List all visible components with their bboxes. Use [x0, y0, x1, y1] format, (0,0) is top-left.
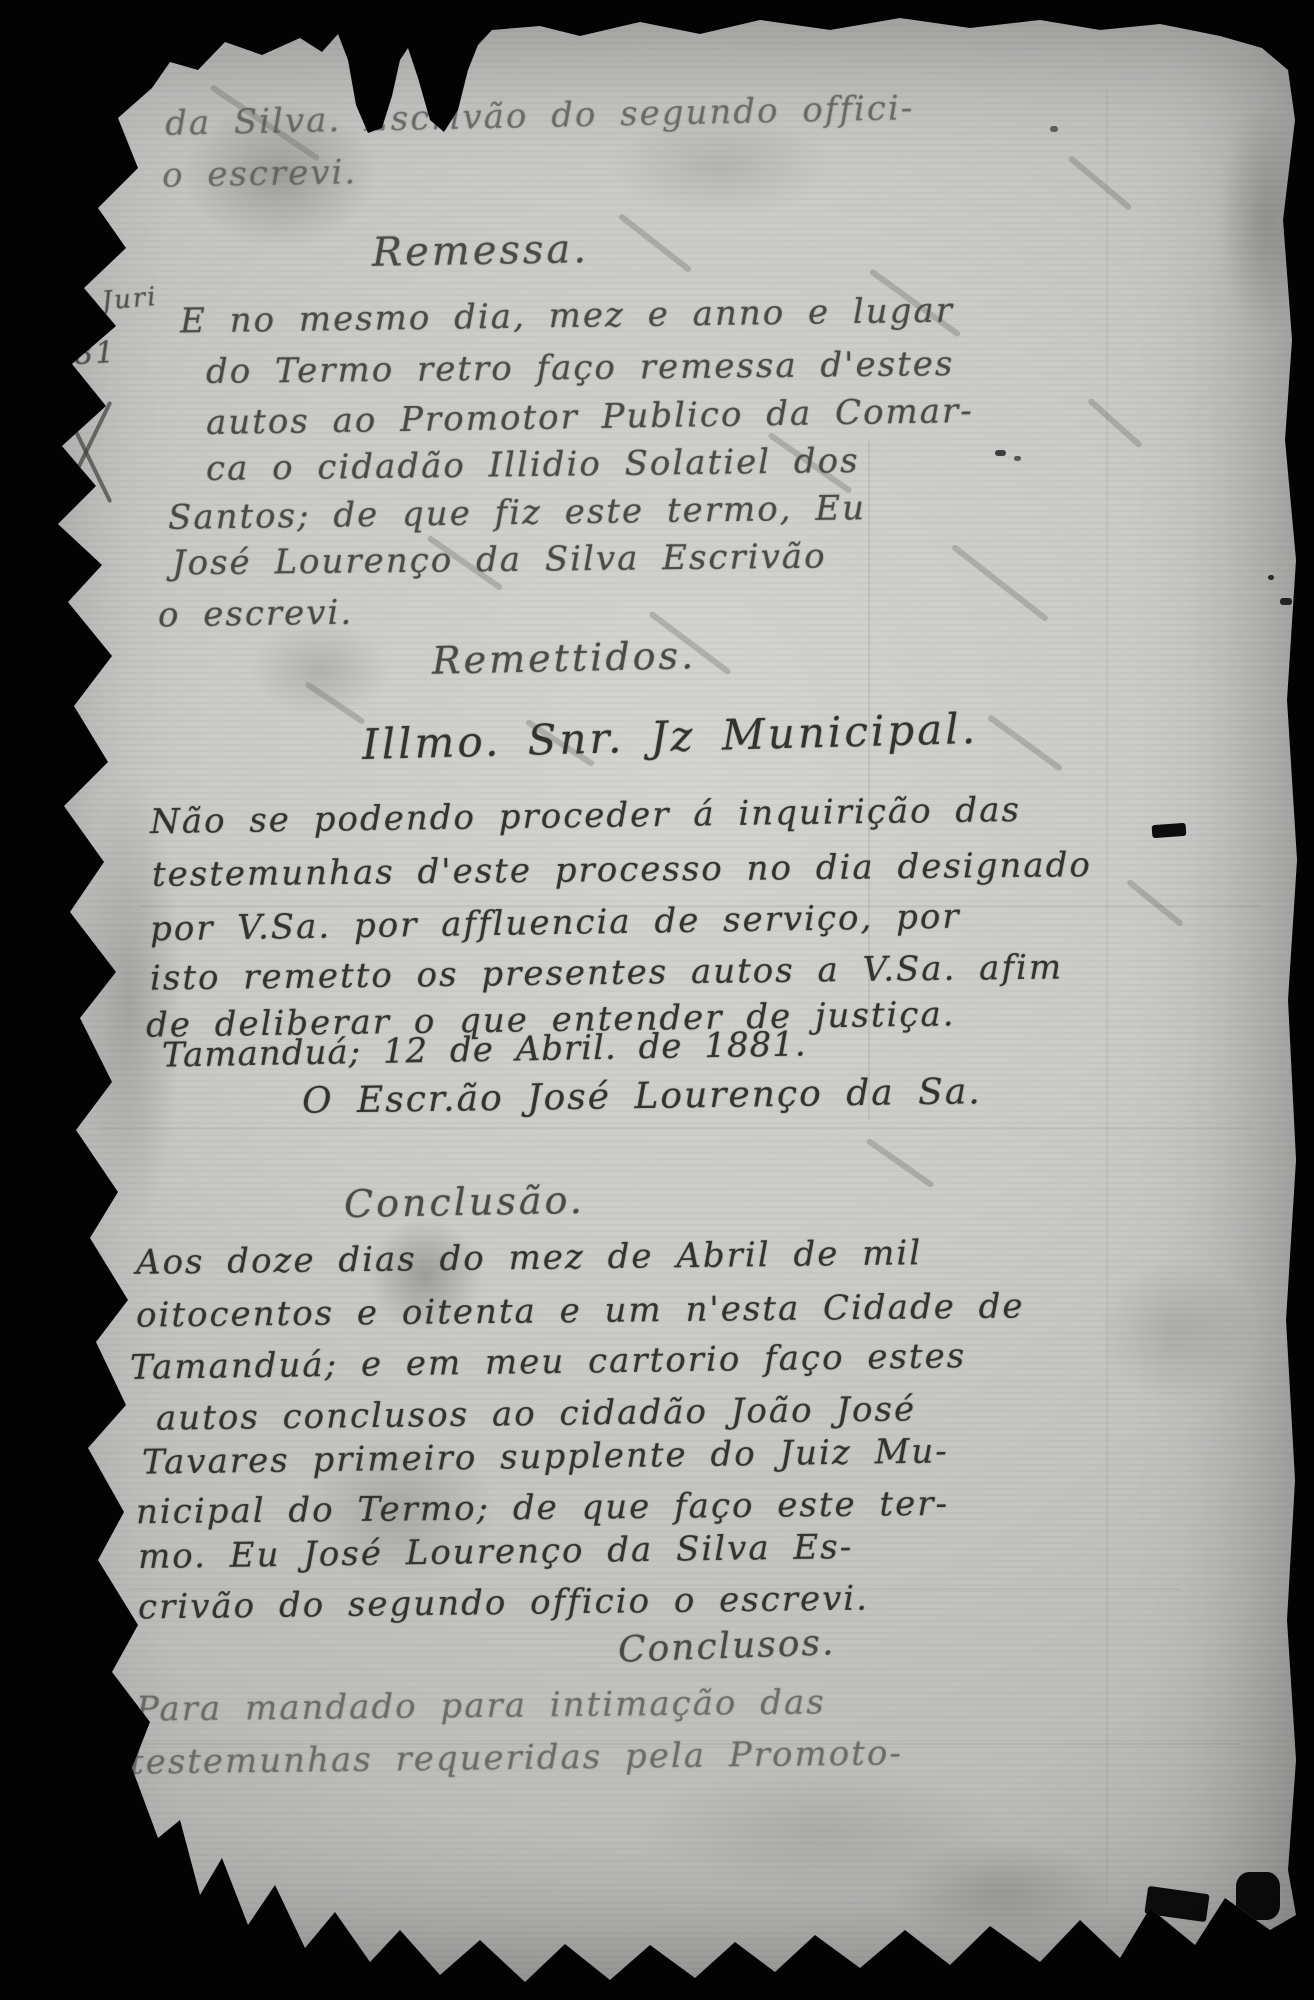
- oficio-salutation: Illmo. Snr. Jz Municipal.: [361, 704, 978, 769]
- horizontal-crease: [100, 1127, 1250, 1129]
- manuscript-line: Para mandado para intimação das: [136, 1682, 826, 1729]
- pencil-smudge: [866, 1138, 935, 1189]
- oficio-signature: O Escr.ão José Lourenço da Sa.: [302, 1071, 982, 1121]
- section-heading-conclusao: Conclusão.: [344, 1178, 586, 1226]
- manuscript-line: E no mesmo dia, mez e anno e lugar: [180, 291, 954, 342]
- manuscript-line: testemunhas requeridas pela Promoto-: [130, 1733, 903, 1782]
- pencil-smudge: [1067, 155, 1132, 211]
- paper-sheet: a Juri 81 fica da Silva. Escrivão do seg…: [0, 0, 1314, 2000]
- stain: [1200, 60, 1314, 380]
- ink-speck: [995, 450, 1006, 456]
- scanned-manuscript-page: a Juri 81 fica da Silva. Escrivão do seg…: [0, 0, 1314, 2000]
- ink-blot: [1144, 1886, 1209, 1922]
- pencil-smudge: [987, 714, 1063, 772]
- stain: [1060, 1230, 1290, 1430]
- stain: [840, 1820, 1160, 1960]
- manuscript-line: por V.Sa. por affluencia de serviço, por: [150, 897, 961, 950]
- manuscript-line: ca o cidadão Illidio Solatiel dos: [206, 441, 860, 489]
- stain: [60, 700, 200, 1300]
- ink-blot: [1236, 1872, 1280, 1920]
- manuscript-line: testemunhas d'este processo no dia desig…: [152, 845, 1092, 895]
- manuscript-line: autos ao Promotor Publico da Comar-: [206, 391, 974, 443]
- manuscript-line: Aos doze dias do mez de Abril de mil: [136, 1233, 923, 1283]
- vertical-crease: [1106, 90, 1108, 1900]
- ink-speck: [1298, 1318, 1308, 1326]
- pencil-smudge: [1126, 879, 1184, 928]
- pencil-smudge: [1087, 397, 1143, 448]
- margin-annotation-number: 81: [73, 335, 117, 372]
- manuscript-line: Tamanduá; e em meu cartorio faço estes: [130, 1336, 967, 1388]
- manuscript-line: oitocentos e oitenta e um n'esta Cidade …: [136, 1286, 1025, 1335]
- manuscript-line: nicipal do Termo; de que faço este ter-: [136, 1484, 949, 1533]
- manuscript-line: do Termo retro faço remessa d'estes: [206, 344, 955, 392]
- section-heading-conclusos: Conclusos.: [617, 1622, 836, 1671]
- manuscript-line: crivão do segundo officio o escrevi.: [138, 1579, 869, 1628]
- ink-speck: [1050, 126, 1058, 132]
- pencil-smudge: [951, 544, 1049, 623]
- manuscript-line: autos conclusos ao cidadão João José: [156, 1389, 917, 1438]
- manuscript-line: Tavares primeiro supplente do Juiz Mu-: [142, 1431, 949, 1482]
- manuscript-line: José Lourenço da Silva Escrivão: [172, 537, 827, 584]
- pencil-smudge: [618, 213, 693, 273]
- ink-speck: [1296, 616, 1304, 622]
- manuscript-line: mo. Eu José Lourenço da Silva Es-: [138, 1527, 854, 1577]
- pencil-smudge: [304, 681, 365, 725]
- manuscript-line: isto remetto os presentes autos a V.Sa. …: [150, 947, 1064, 998]
- manuscript-line: da Silva. Escrivão do segundo offici-: [165, 88, 915, 144]
- ink-blot: [84, 1510, 110, 1530]
- section-heading-remettidos: Remettidos.: [432, 633, 697, 683]
- ink-blot: [62, 1252, 96, 1308]
- ink-speck: [1268, 575, 1274, 580]
- manuscript-line: o escrevi.: [158, 593, 354, 636]
- ink-dash-mark: [1152, 823, 1187, 838]
- margin-annotation-fica: fica: [7, 463, 58, 494]
- margin-annotation-juri: a Juri: [63, 282, 159, 320]
- manuscript-line: o escrevi.: [162, 152, 358, 195]
- manuscript-line: Santos; de que fiz este termo, Eu: [168, 488, 867, 538]
- ink-speck: [1014, 456, 1021, 461]
- section-heading-remessa: Remessa.: [372, 226, 590, 276]
- ink-speck: [1280, 598, 1292, 605]
- manuscript-line: Não se podendo proceder á inquirição das: [150, 790, 1021, 842]
